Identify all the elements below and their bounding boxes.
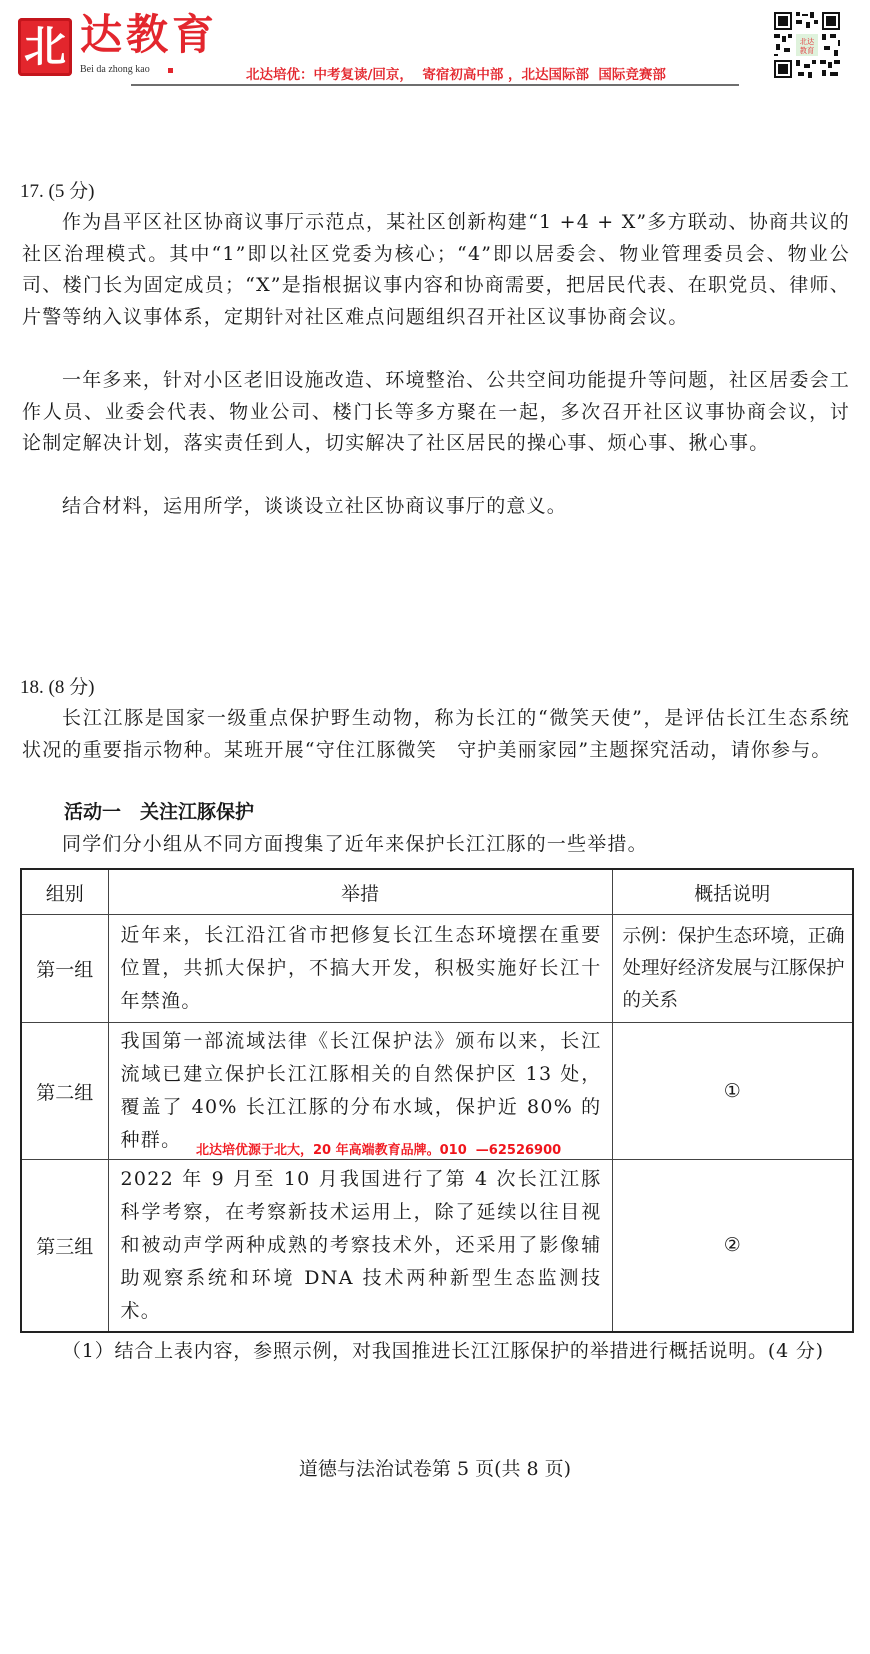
table-row: 第一组 近年来，长江沿江省市把修复长江生态环境摆在重要位置，共抓大保护，不搞大开… [21, 915, 853, 1023]
logo-title: 达教育 [80, 14, 218, 56]
svg-text:教育: 教育 [800, 46, 814, 55]
svg-text:北达: 北达 [800, 37, 815, 46]
q17-paragraph-2: 一年多来，针对小区老旧设施改造、环境整治、公共空间功能提升等问题，社区居委会工作… [22, 365, 850, 460]
logo-mark: 北 [18, 18, 72, 76]
q17-prompt: 结合材料，运用所学，谈谈设立社区协商议事厅的意义。 [22, 491, 850, 523]
header-slogan: 北达培优：中考复读/回京， 寄宿初高中部 ，北达国际部 国际竞赛部 [246, 63, 666, 83]
header-measure: 举措 [108, 869, 612, 915]
table-header-row: 组别 举措 概括说明 [21, 869, 853, 915]
sub-question-1: （1）结合上表内容，参照示例，对我国推进长江江豚保护的举措进行概括说明。(4 分… [22, 1336, 850, 1368]
page-footer: 道德与法治试卷第 5 页(共 8 页) [0, 1454, 870, 1481]
row-group: 第一组 [21, 915, 108, 1023]
row-summary-blank-1: ① [612, 1023, 853, 1160]
logo-mark-char: 北 [24, 26, 66, 68]
row-group: 第二组 [21, 1023, 108, 1160]
watermark-text: 北达培优源于北大，20 年高端教育品牌。010 —62526900 [196, 1139, 561, 1158]
q18-number: 18. (8 分) [20, 672, 94, 699]
header-divider [131, 84, 739, 86]
logo-dot-icon [168, 68, 173, 73]
table-row: 第三组 2022 年 9 月至 10 月我国进行了第 4 次长江江豚科学考察，在… [21, 1160, 853, 1332]
logo-subtitle: Bei da zhong kao [80, 64, 150, 75]
qr-code-icon[interactable]: 北达 教育 [772, 10, 842, 80]
header-group: 组别 [21, 869, 108, 915]
header-summary: 概括说明 [612, 869, 853, 915]
q17-number: 17. (5 分) [20, 176, 94, 203]
q18-intro: 长江江豚是国家一级重点保护野生动物，称为长江的“微笑天使”，是评估长江生态系统状… [22, 703, 850, 766]
activity-title: 活动一 关注江豚保护 [64, 797, 254, 824]
measures-table: 组别 举措 概括说明 第一组 近年来，长江沿江省市把修复长江生态环境摆在重要位置… [20, 868, 854, 1333]
row-measure: 近年来，长江沿江省市把修复长江生态环境摆在重要位置，共抓大保护，不搞大开发，积极… [108, 915, 612, 1023]
row-summary-blank-2: ② [612, 1160, 853, 1332]
q17-paragraph-1: 作为昌平区社区协商议事厅示范点，某社区创新构建“1 +4 + X”多方联动、协商… [22, 207, 850, 333]
row-measure: 2022 年 9 月至 10 月我国进行了第 4 次长江江豚科学考察，在考察新技… [108, 1160, 612, 1332]
row-group: 第三组 [21, 1160, 108, 1332]
row-summary-example: 示例：保护生态环境，正确处理好经济发展与江豚保护的关系 [612, 915, 853, 1023]
activity-intro: 同学们分小组从不同方面搜集了近年来保护长江江豚的一些举措。 [22, 829, 850, 861]
